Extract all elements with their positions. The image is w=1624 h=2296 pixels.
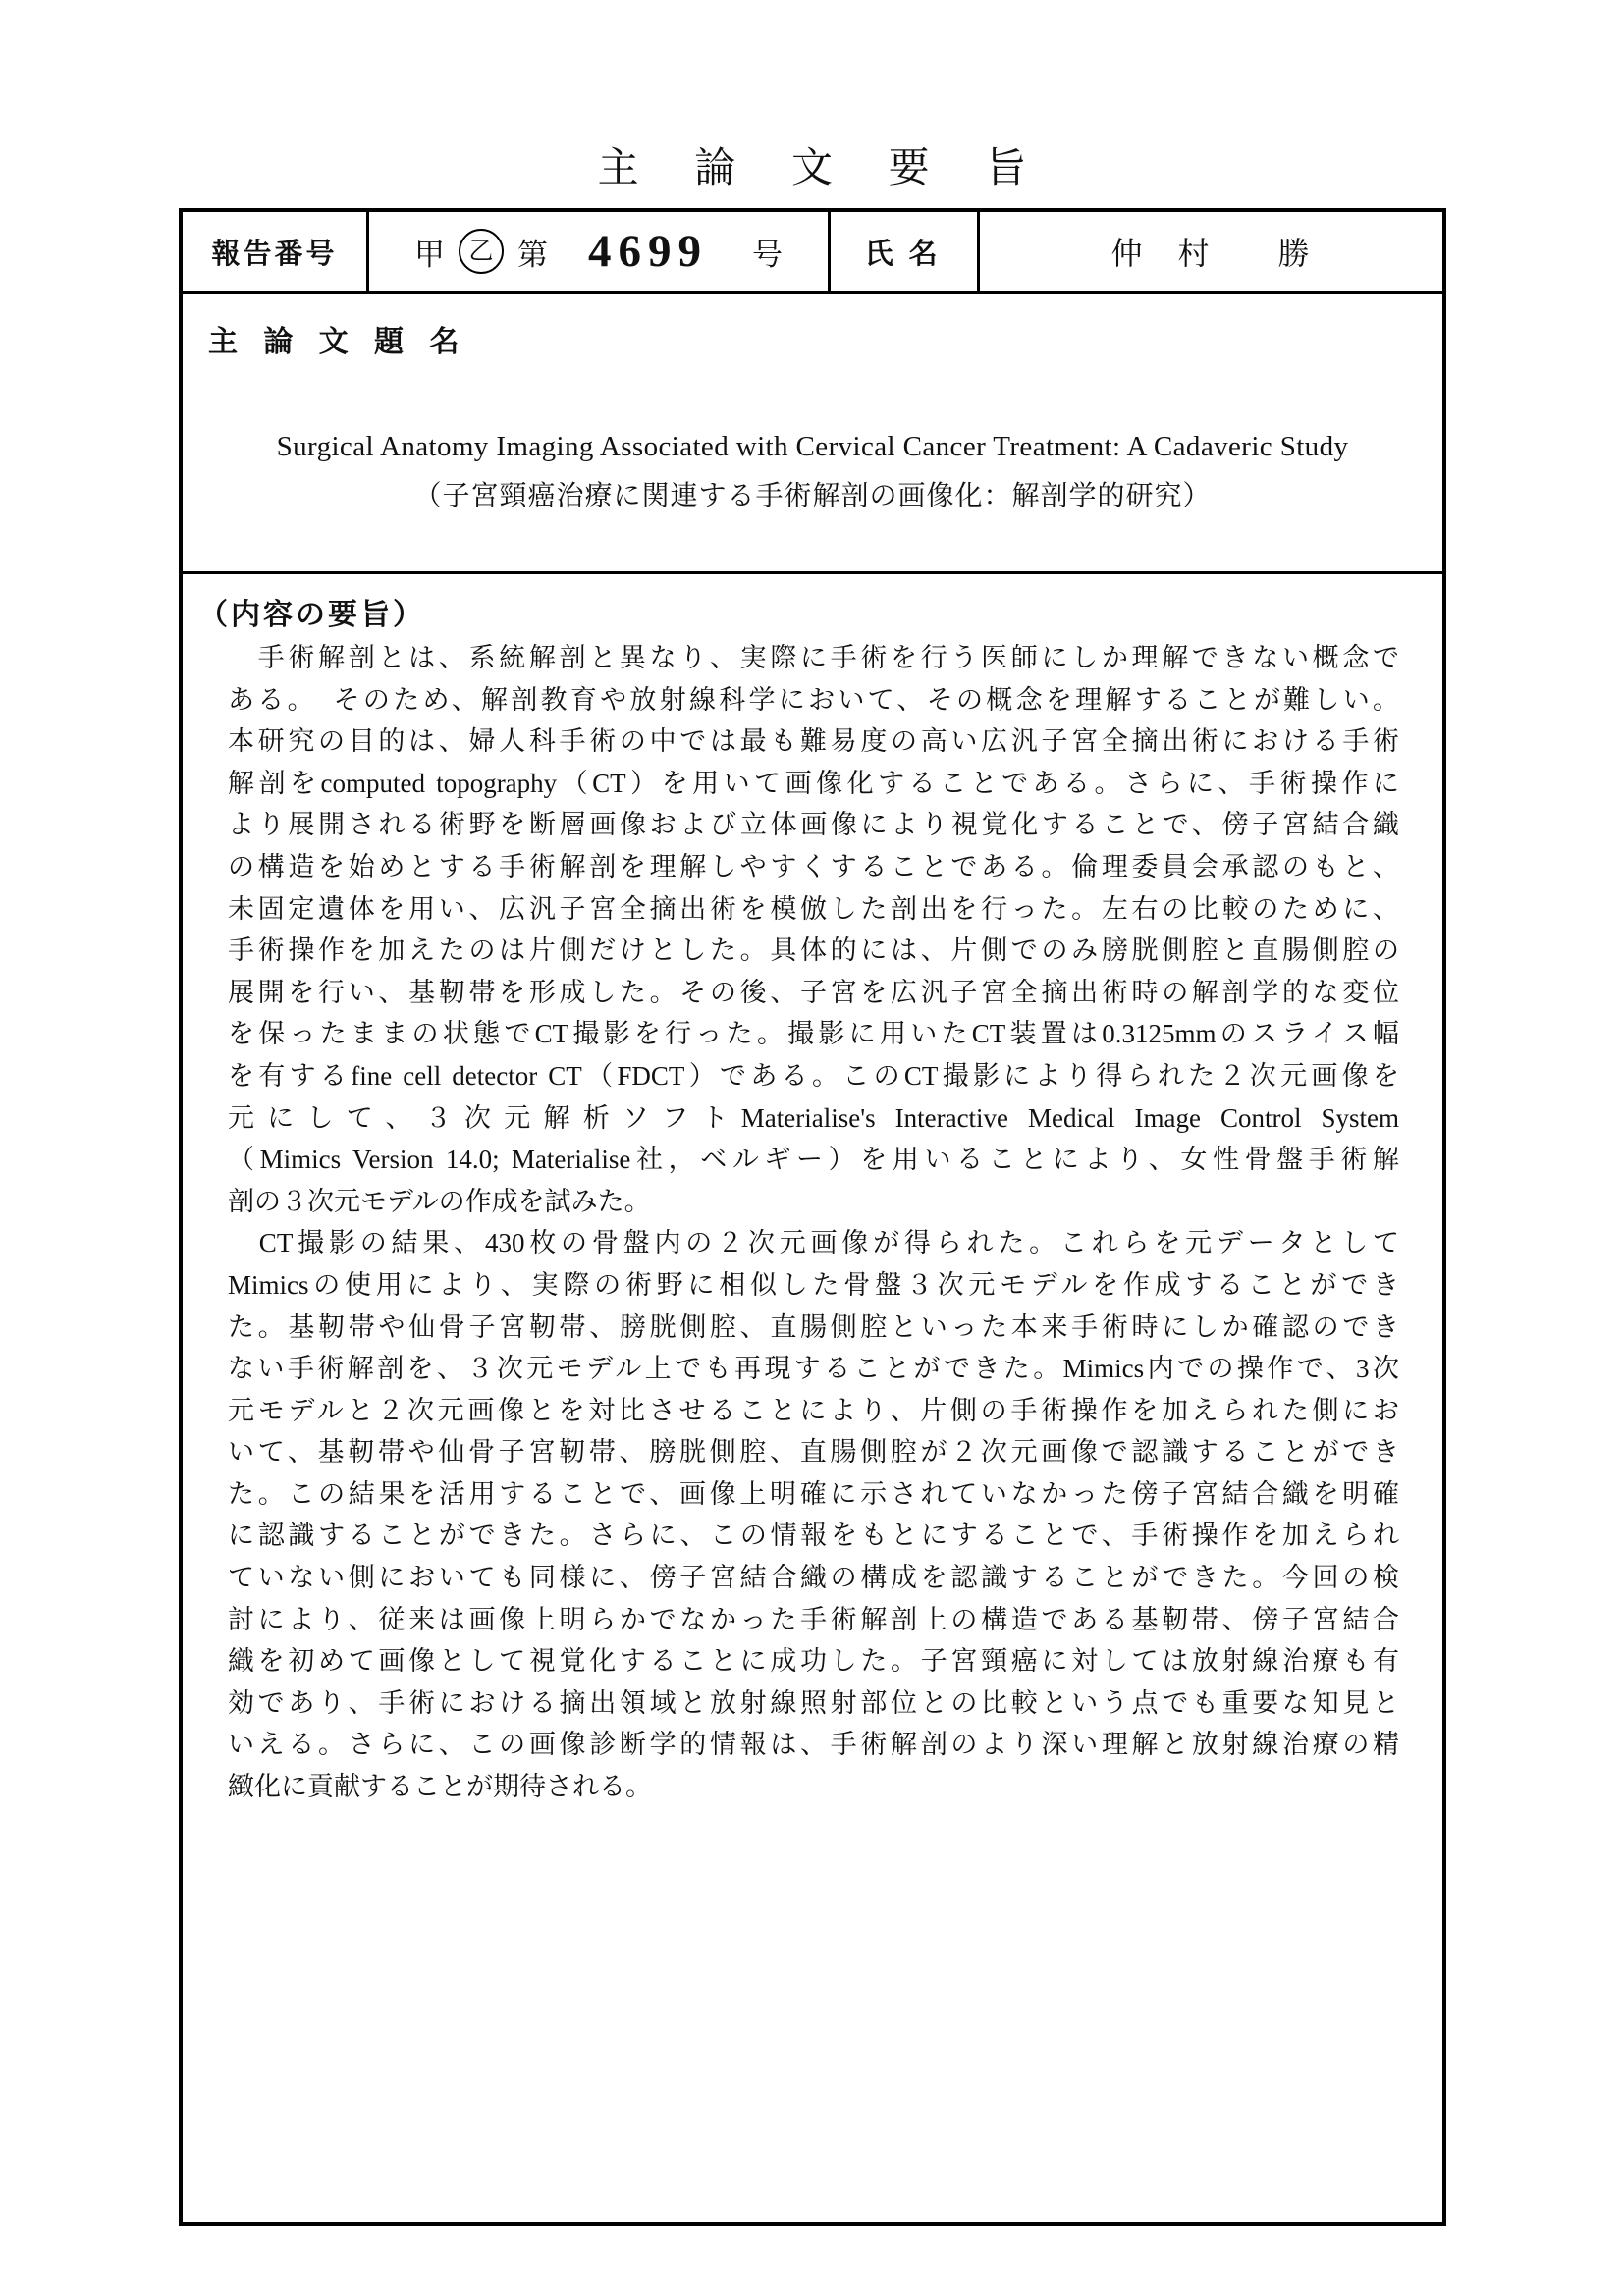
abstract-line: の構造を始めとする手術解剖を理解しやすくすることである。倫理委員会承認のもと、: [228, 846, 1399, 888]
header-row: 報告番号 甲 乙 第 4699 号 氏名 仲 村 勝: [183, 212, 1442, 294]
abstract-line: 解剖をcomputed topography（CT）を用いて画像化することである…: [228, 763, 1399, 805]
abstract-body: 手術解剖とは、系統解剖と異なり、実際に手術を行う医師にしか理解できない概念である…: [228, 637, 1399, 1808]
abstract-line: 効であり、手術における摘出領域と放射線照射部位との比較という点でも重要な知見と: [228, 1682, 1399, 1725]
abstract-line: 展開を行い、基靭帯を形成した。その後、子宮を広汎子宮全摘出術時の解剖学的な変位: [228, 972, 1399, 1014]
abstract-line: 元にして、３次元解析ソフトMaterialise's Interactive M…: [228, 1097, 1399, 1140]
abstract-line: ていない側においても同様に、傍子宮結合織の構成を認識することができた。今回の検: [228, 1557, 1399, 1599]
thesis-title-label: 主 論 文 題 名: [208, 317, 467, 360]
abstract-line: いて、基靭帯や仙骨子宮靭帯、膀胱側腔、直腸側腔が２次元画像で認識することができ: [228, 1431, 1399, 1473]
abstract-line: ない手術解剖を、３次元モデル上でも再現することができた。Mimics内での操作で…: [228, 1348, 1399, 1390]
abstract-line: を保ったままの状態でCT撮影を行った。撮影に用いたCT装置は0.3125mmのス…: [228, 1013, 1399, 1055]
abstract-line: （Mimics Version 14.0; Materialise社，ベルギー）…: [228, 1139, 1399, 1181]
name-label-cell: 氏名: [831, 212, 980, 291]
author-name: 仲 村 勝: [1110, 229, 1311, 274]
report-number: 4699: [588, 225, 708, 278]
abstract-line: Mimicsの使用により、実際の術野に相似した骨盤３次元モデルを作成することがで…: [228, 1264, 1399, 1307]
thesis-title-section: 主 論 文 題 名 Surgical Anatomy Imaging Assoc…: [183, 294, 1442, 574]
abstract-line: 剖の３次元モデルの作成を試みた。: [228, 1181, 1399, 1223]
abstract-line: 本研究の目的は、婦人科手術の中では最も難易度の高い広汎子宮全摘出術における手術: [228, 721, 1399, 763]
abstract-line: 手術操作を加えたのは片側だけとした。具体的には、片側でのみ膀胱側腔と直腸側腔の: [228, 930, 1399, 972]
report-number-prefix: 第: [517, 230, 548, 274]
abstract-line: 織を初めて画像として視覚化することに成功した。子宮頸癌に対しては放射線治療も有: [228, 1640, 1399, 1682]
abstract-line: いえる。さらに、この画像診断学的情報は、手術解剖のより深い理解と放射線治療の精: [228, 1724, 1399, 1766]
report-type-otsu-circled: 乙: [459, 229, 504, 274]
abstract-line: CT撮影の結果、430枚の骨盤内の２次元画像が得られた。これらを元データとして: [228, 1222, 1399, 1264]
abstract-label: （内容の要旨）: [198, 590, 425, 633]
summary-table: 報告番号 甲 乙 第 4699 号 氏名 仲 村 勝 主 論 文 題 名 Sur…: [179, 208, 1446, 2226]
abstract-line: た。この結果を活用することで、画像上明確に示されていなかった傍子宮結合織を明確: [228, 1473, 1399, 1516]
report-number-value-cell: 甲 乙 第 4699 号: [369, 212, 831, 291]
report-number-label: 報告番号: [211, 232, 337, 272]
abstract-line: に認識することができた。さらに、この情報をもとにすることで、手術操作を加えられ: [228, 1515, 1399, 1557]
abstract-section: （内容の要旨） 手術解剖とは、系統解剖と異なり、実際に手術を行う医師にしか理解で…: [183, 574, 1442, 2222]
abstract-line: 討により、従来は画像上明らかでなかった手術解剖上の構造である基靭帯、傍子宮結合: [228, 1599, 1399, 1641]
abstract-line: を有するfine cell detector CT（FDCT）である。このCT撮…: [228, 1055, 1399, 1097]
thesis-title-english: Surgical Anatomy Imaging Associated with…: [183, 431, 1442, 463]
abstract-line: 元モデルと２次元画像とを対比させることにより、片側の手術操作を加えられた側にお: [228, 1390, 1399, 1432]
document-page: 主論文要旨 報告番号 甲 乙 第 4699 号 氏名 仲 村 勝 主 論 文 題…: [0, 0, 1624, 2296]
report-number-suffix: 号: [752, 230, 783, 274]
thesis-title-japanese: （子宮頸癌治療に関連する手術解剖の画像化：解剖学的研究）: [183, 474, 1442, 513]
report-number-label-cell: 報告番号: [183, 212, 369, 291]
name-value-cell: 仲 村 勝: [980, 212, 1442, 291]
abstract-line: より展開される術野を断層画像および立体画像により視覚化することで、傍子宮結合織: [228, 804, 1399, 846]
abstract-line: ある。 そのため、解剖教育や放射線科学において、その概念を理解することが難しい。: [228, 679, 1399, 721]
page-title: 主論文要旨: [0, 135, 1624, 194]
abstract-line: た。基靭帯や仙骨子宮靭帯、膀胱側腔、直腸側腔といった本来手術時にしか確認のでき: [228, 1307, 1399, 1349]
abstract-line: 緻化に貢献することが期待される。: [228, 1766, 1399, 1808]
abstract-line: 手術解剖とは、系統解剖と異なり、実際に手術を行う医師にしか理解できない概念で: [228, 637, 1399, 679]
report-type-kou: 甲: [414, 230, 445, 274]
name-label: 氏名: [854, 232, 952, 272]
abstract-line: 未固定遺体を用い、広汎子宮全摘出術を模倣した剖出を行った。左右の比較のために、: [228, 888, 1399, 931]
